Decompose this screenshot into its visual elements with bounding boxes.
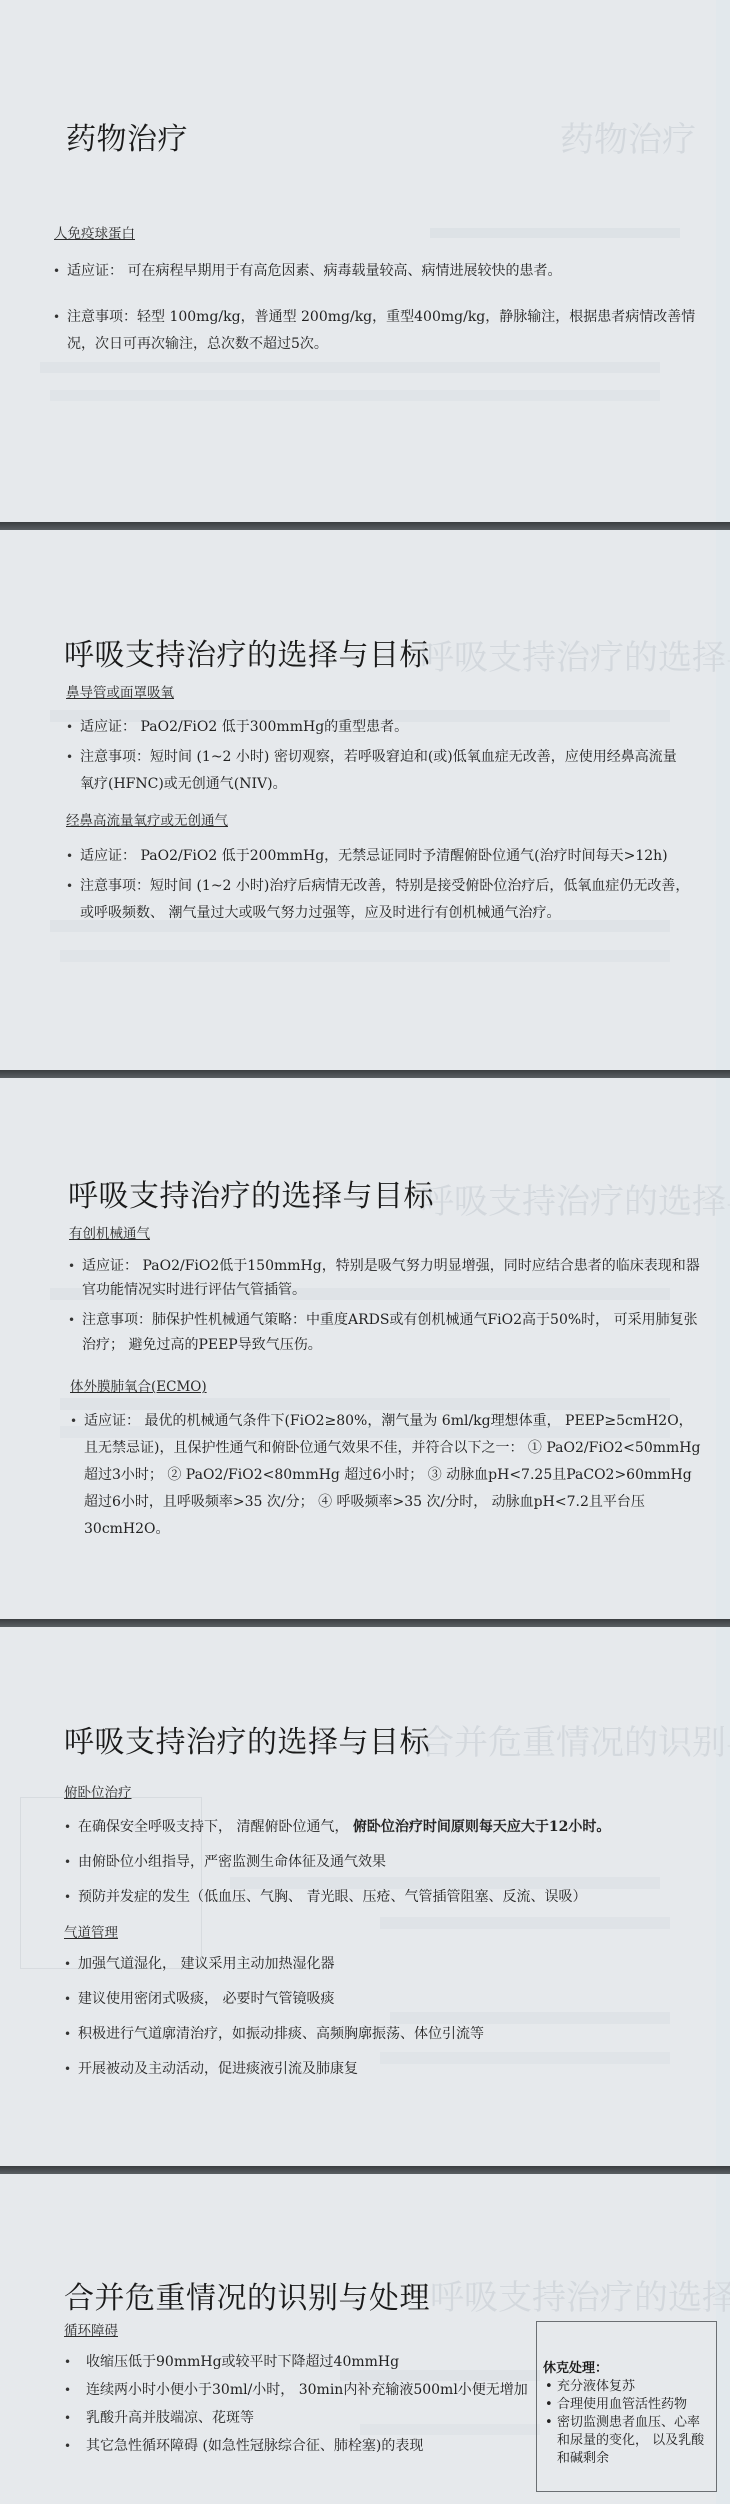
slide-4: 合并危重情况的识别与处理 呼吸支持治疗的选择与目标 俯卧位治疗 • 在确保安全呼…: [0, 1627, 730, 2166]
callout-title: 休克处理：: [543, 2360, 710, 2378]
emphasis-text: 俯卧位治疗时间原则每天应大于12小时。: [353, 1819, 610, 1835]
bullet-dot-icon: •: [64, 1986, 71, 2013]
bullet-dot-icon: •: [64, 1884, 71, 1911]
shock-management-callout: 休克处理： • 充分液体复苏 • 合理使用血管活性药物 • 密切监测患者血压、心…: [536, 2321, 717, 2492]
bullet-item: • 在确保安全呼吸支持下， 清醒俯卧位通气， 俯卧位治疗时间原则每天应大于12小…: [78, 1814, 698, 1841]
page-separator: [0, 1619, 730, 1627]
bullet-dot-icon: •: [545, 2396, 553, 2414]
slide-title: 呼吸支持治疗的选择与目标: [68, 1171, 434, 1215]
slide-3: 呼吸支持治疗的选择与目标 呼吸支持治疗的选择与目标 有创机械通气 • 适应证： …: [0, 1078, 730, 1619]
bullet-item: • 连续两小时小便小于30ml/小时， 30min内补充输液500ml小便无增加: [86, 2377, 546, 2404]
slide-title: 药物治疗: [66, 114, 188, 158]
bullet-item: • 注意事项：短时间 (1~2 小时)治疗后病情无改善，特别是接受俯卧位治疗后，…: [80, 873, 690, 927]
bullet-dot-icon: •: [64, 2433, 71, 2460]
section-heading: 鼻导管或面罩吸氧: [66, 681, 174, 701]
ghost-line: [430, 228, 680, 238]
ghost-line: [50, 390, 660, 401]
section-heading: 有创机械通气: [69, 1222, 150, 1242]
ghost-line: [60, 950, 670, 962]
bullet-item: • 收缩压低于90mmHg或较平时下降超过40mmHg: [86, 2349, 536, 2376]
bullet-dot-icon: •: [66, 873, 73, 900]
page-edge: [716, 530, 730, 1070]
page-edge: [716, 1627, 730, 2166]
bullet-item: • 注意事项：短时间 (1~2 小时) 密切观察，若呼吸窘迫和(或)低氧血症无改…: [80, 744, 690, 798]
bullet-item: • 乳酸升高并肢端凉、花斑等: [86, 2405, 536, 2432]
callout-item: • 合理使用血管活性药物: [543, 2396, 710, 2414]
bullet-dot-icon: •: [545, 2414, 553, 2432]
bullet-item: • 加强气道湿化， 建议采用主动加热湿化器: [78, 1951, 698, 1978]
section-heading: 人免疫球蛋白: [54, 222, 135, 242]
bullet-dot-icon: •: [66, 843, 73, 870]
bullet-dot-icon: •: [64, 2056, 71, 2083]
section-heading: 气道管理: [64, 1921, 118, 1941]
bullet-dot-icon: •: [70, 1408, 77, 1435]
bullet-item: • 建议使用密闭式吸痰， 必要时气管镜吸痰: [78, 1986, 698, 2013]
bullet-dot-icon: •: [66, 744, 73, 771]
ghost-title: 药物治疗: [560, 112, 696, 161]
ghost-line: [380, 1917, 670, 1929]
bullet-item: • 由俯卧位小组指导，严密监测生命体征及通气效果: [78, 1849, 698, 1876]
slide-2: 呼吸支持治疗的选择与目标 呼吸支持治疗的选择与目标 鼻导管或面罩吸氧 • 适应证…: [0, 530, 730, 1070]
bullet-item: • 预防并发症的发生（低血压、气胸、 青光眼、压疮、气管插管阻塞、反流、误吸）: [78, 1884, 698, 1911]
bullet-item: • 注意事项：肺保护性机械通气策略：中重度ARDS或有创机械通气FiO2高于50…: [82, 1308, 702, 1358]
page-edge: [716, 1078, 730, 1619]
bullet-dot-icon: •: [64, 2377, 71, 2404]
slide-title: 合并危重情况的识别与处理: [64, 2273, 430, 2317]
bullet-dot-icon: •: [53, 304, 60, 331]
section-heading: 经鼻高流量氧疗或无创通气: [66, 809, 228, 829]
ghost-title: 呼吸支持治疗的选择与目标: [420, 630, 730, 679]
bullet-dot-icon: •: [68, 1254, 75, 1278]
bullet-dot-icon: •: [64, 2405, 71, 2432]
page-separator: [0, 2166, 730, 2174]
bullet-dot-icon: •: [66, 714, 73, 741]
ghost-title: 呼吸支持治疗的选择与目标: [420, 1174, 730, 1223]
bullet-item: • 适应证： 可在病程早期用于有高危因素、病毒载量较高、病情进展较快的患者。: [67, 258, 707, 285]
bullet-item: • 其它急性循环障碍 (如急性冠脉综合征、肺栓塞)的表现: [86, 2433, 536, 2460]
bullet-dot-icon: •: [64, 1951, 71, 1978]
page-separator: [0, 522, 730, 530]
bullet-item: • 适应证： 最优的机械通气条件下(FiO2≥80%，潮气量为 6ml/kg理想…: [84, 1408, 704, 1543]
bullet-dot-icon: •: [64, 1814, 71, 1841]
bullet-item: • 适应证： PaO2/FiO2 低于200mmHg，无禁忌证同时予清醒俯卧位通…: [80, 843, 690, 870]
ghost-title: 合并危重情况的识别与处理: [420, 1715, 730, 1764]
bullet-item: • 注意事项：轻型 100mg/kg，普通型 200mg/kg，重型400mg/…: [67, 304, 707, 358]
bullet-dot-icon: •: [68, 1308, 75, 1333]
page-edge: [716, 2174, 730, 2504]
section-heading: 俯卧位治疗: [64, 1781, 132, 1801]
bullet-dot-icon: •: [545, 2378, 553, 2396]
slide-title: 呼吸支持治疗的选择与目标: [64, 1717, 430, 1761]
callout-item: • 充分液体复苏: [543, 2378, 710, 2396]
bullet-item: • 适应证： PaO2/FiO2 低于300mmHg的重型患者。: [80, 714, 690, 741]
slide-1: 药物治疗 药物治疗 人免疫球蛋白 • 适应证： 可在病程早期用于有高危因素、病毒…: [0, 0, 730, 522]
bullet-dot-icon: •: [53, 258, 60, 285]
section-heading: 体外膜肺氧合(ECMO): [70, 1375, 207, 1395]
bullet-dot-icon: •: [64, 1849, 71, 1876]
page-separator: [0, 1070, 730, 1078]
bullet-item: • 开展被动及主动活动，促进痰液引流及肺康复: [78, 2056, 698, 2083]
bullet-item: • 积极进行气道廓清治疗，如振动排痰、高频胸廓振荡、体位引流等: [78, 2021, 698, 2048]
ghost-title: 呼吸支持治疗的选择与目标: [430, 2270, 730, 2319]
bullet-dot-icon: •: [64, 2021, 71, 2048]
section-heading: 循环障碍: [64, 2319, 118, 2339]
ghost-line: [40, 362, 660, 373]
slide-title: 呼吸支持治疗的选择与目标: [64, 630, 430, 674]
callout-item: • 密切监测患者血压、心率和尿量的变化， 以及乳酸和碱剩余: [543, 2414, 710, 2468]
page-edge: [716, 0, 730, 522]
bullet-item: • 适应证： PaO2/FiO2低于150mmHg，特别是吸气努力明显增强，同时…: [82, 1254, 702, 1302]
bullet-dot-icon: •: [64, 2349, 71, 2376]
